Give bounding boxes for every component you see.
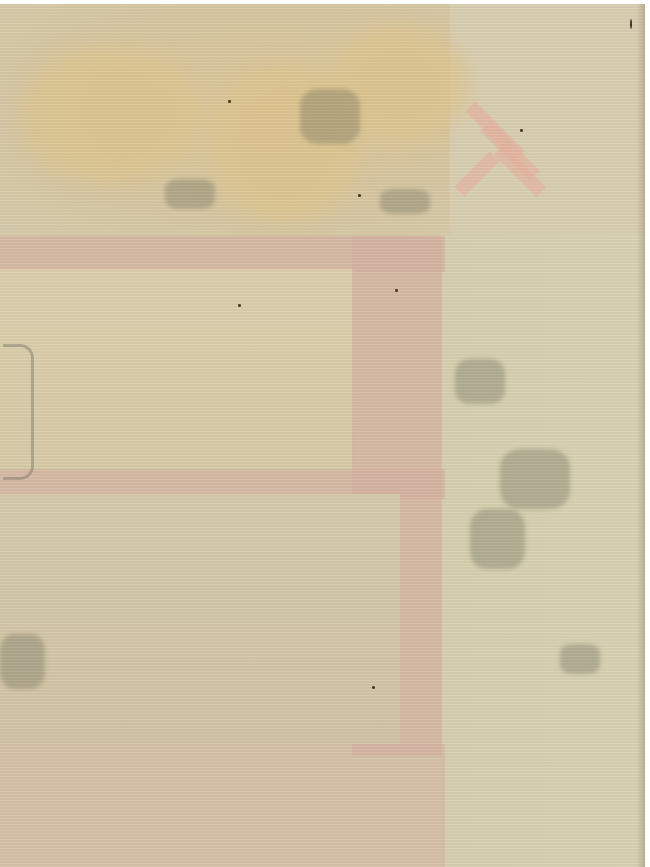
inner-panel (0, 269, 355, 469)
faded-motif (560, 644, 600, 674)
faded-motif (300, 89, 360, 144)
faded-motif (380, 189, 430, 214)
faded-motif (165, 179, 215, 209)
faded-motif (470, 509, 525, 569)
rug-edge (637, 4, 645, 867)
pink-band-bottom (0, 744, 445, 867)
rug-photo (0, 4, 645, 867)
lower-field (0, 494, 400, 744)
faded-motif (500, 449, 570, 509)
faded-motif (455, 359, 505, 404)
gold-patch (20, 44, 200, 184)
faded-motif (0, 634, 45, 689)
side-ornament (3, 344, 34, 480)
corner-lattice-motif (450, 104, 560, 214)
